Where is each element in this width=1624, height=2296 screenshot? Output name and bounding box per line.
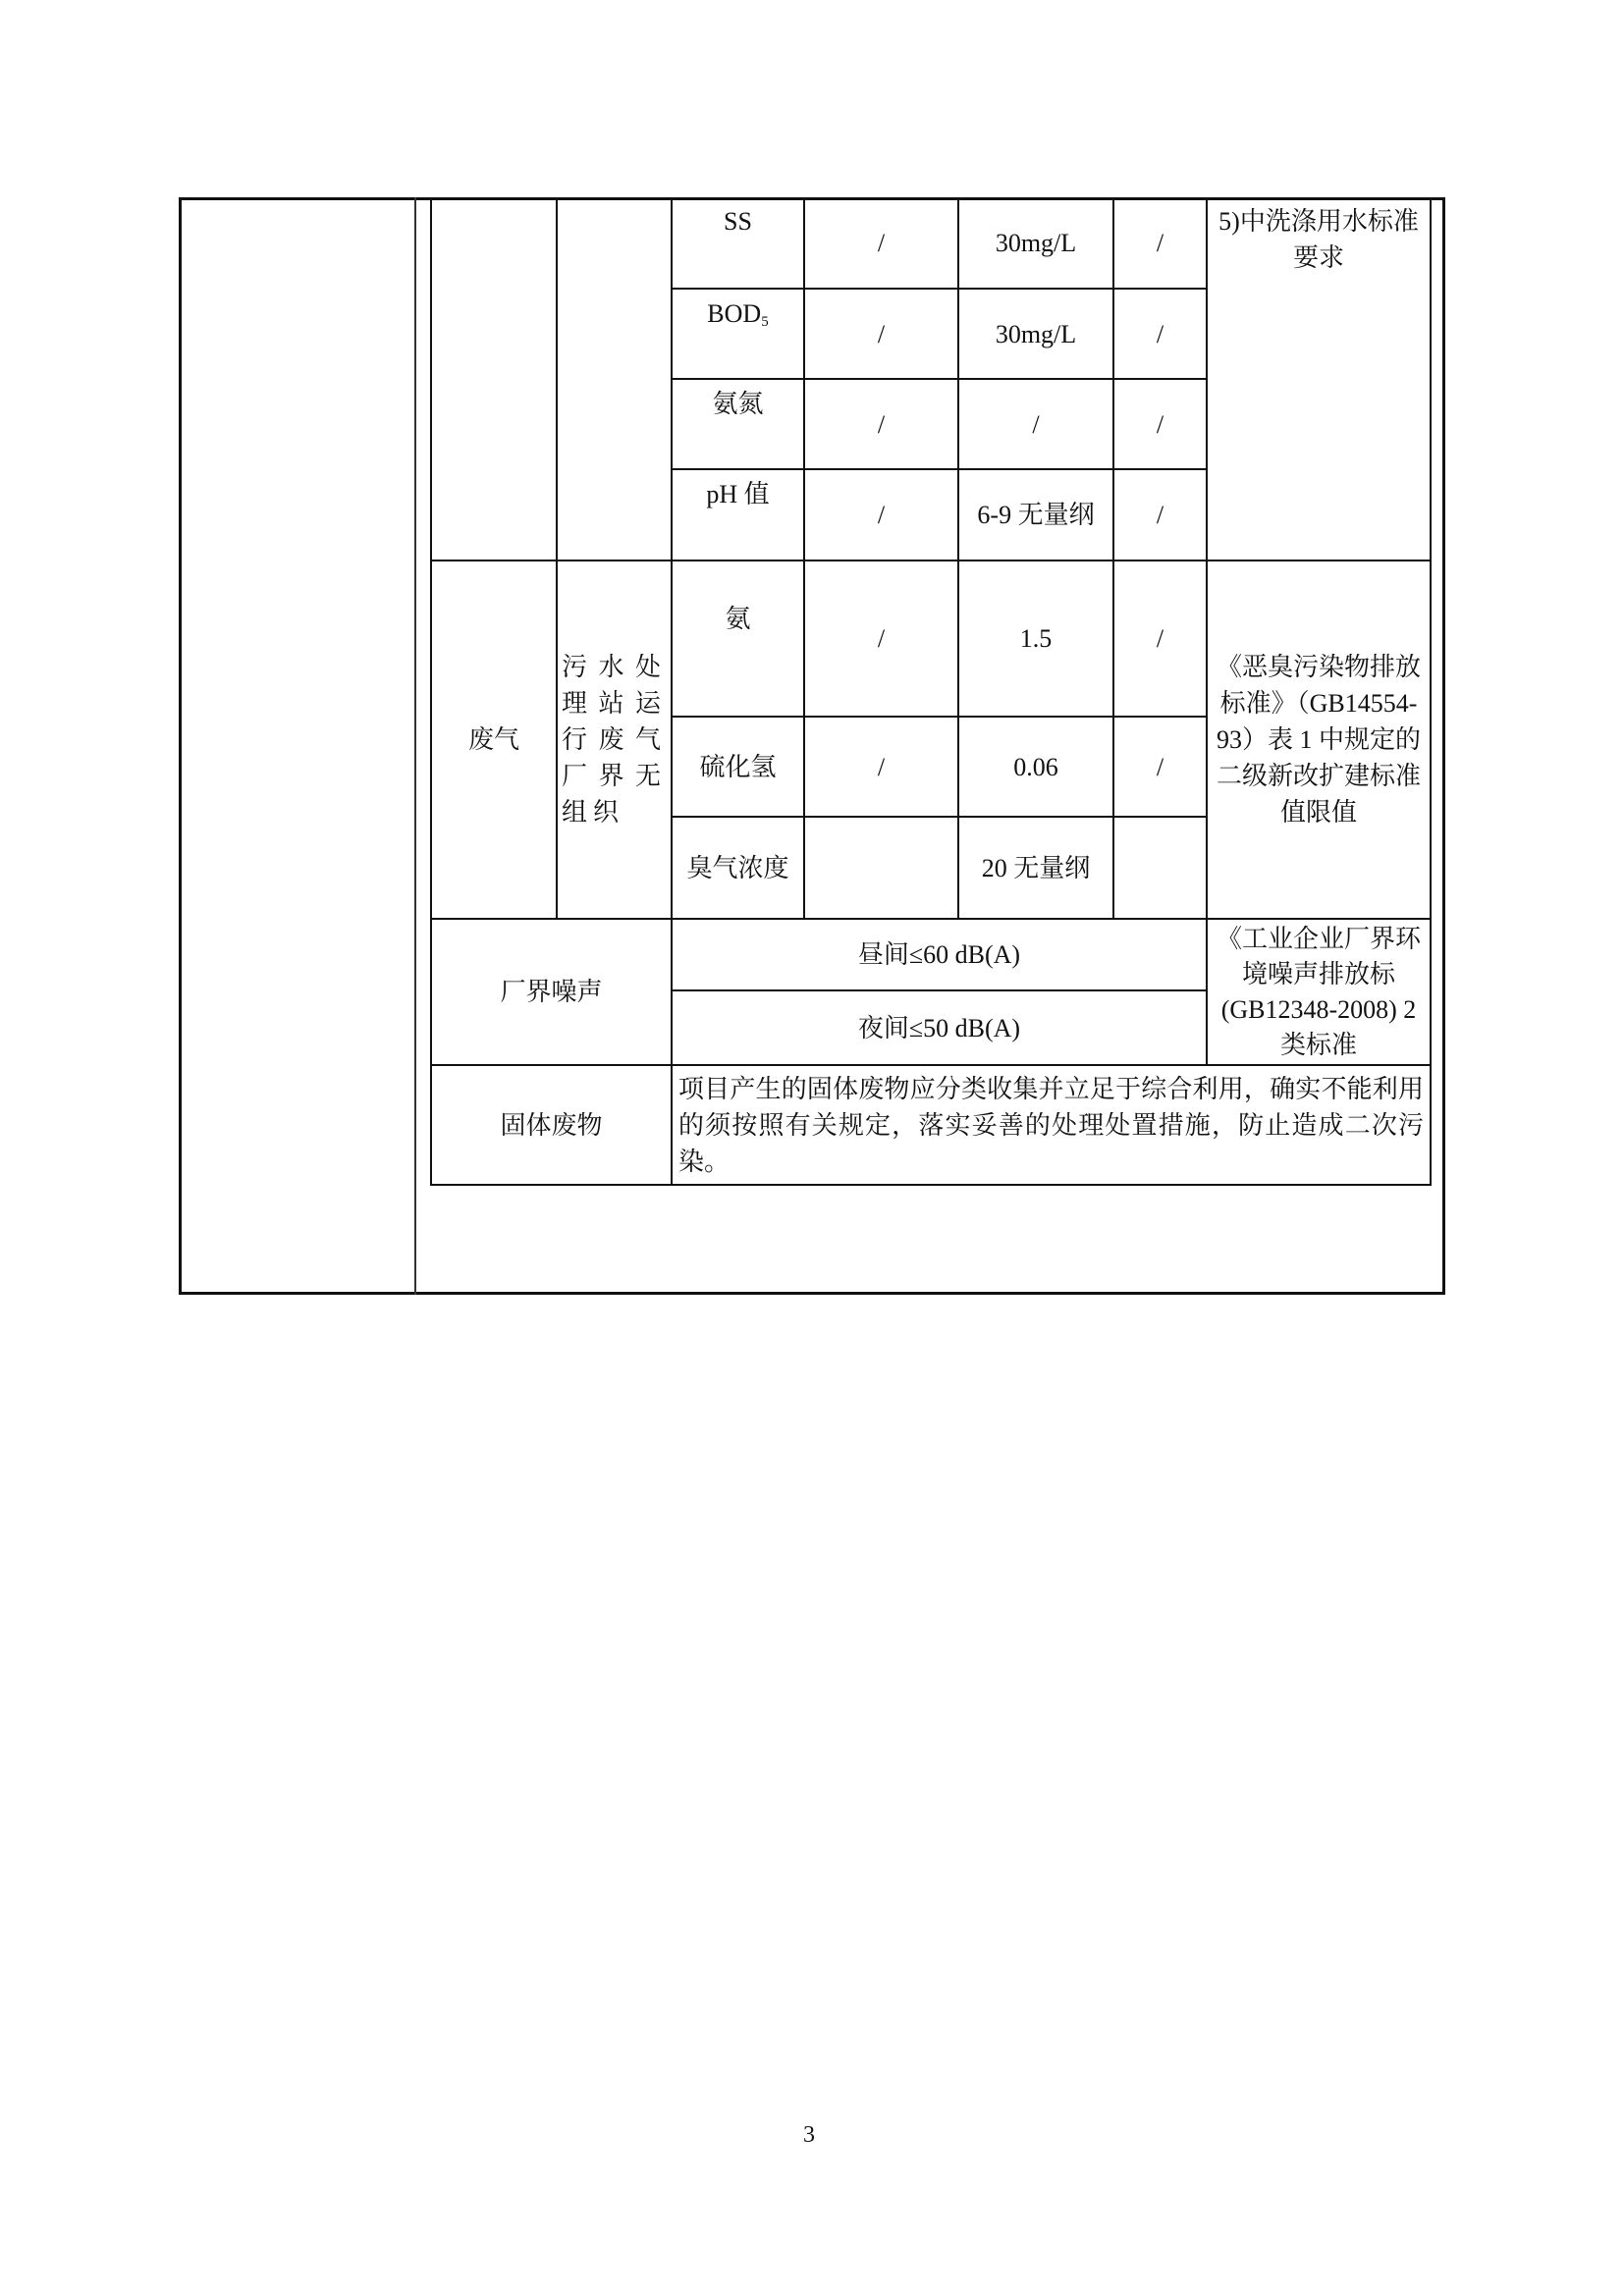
water-source-cell: [557, 197, 672, 561]
subscript: 5: [761, 314, 769, 330]
table-row: 废气 污水处理站运行废气厂界无组织 氨 / 1.5 / 《恶臭污染物排放标准》（…: [431, 561, 1431, 717]
cell-value: /: [1113, 469, 1207, 561]
cell-value: [804, 817, 958, 919]
table-row: SS / 30mg/L / 5)中洗涤用水标准要求: [431, 197, 1431, 289]
pollutant-name: BOD5: [672, 289, 804, 379]
solid-waste-category: 固体废物: [431, 1065, 672, 1185]
noise-night-limit: 夜间≤50 dB(A): [672, 990, 1207, 1065]
limit-value: 0.06: [958, 717, 1113, 817]
outer-column-divider: [414, 197, 416, 1295]
cell-value: /: [1113, 289, 1207, 379]
cell-value: /: [804, 561, 958, 717]
limit-value: /: [958, 379, 1113, 469]
noise-category: 厂界噪声: [431, 919, 672, 1065]
standard-reference: 《恶臭污染物排放标准》（GB14554-93）表 1 中规定的二级新改扩建标准值…: [1207, 561, 1431, 919]
pollutant-name: pH 值: [672, 469, 804, 561]
waste-gas-source: 污水处理站运行废气厂界无组织: [557, 561, 672, 919]
emission-standards-table: SS / 30mg/L / 5)中洗涤用水标准要求 BOD5 / 30mg/L …: [430, 197, 1432, 1186]
cell-value: /: [1113, 717, 1207, 817]
cell-value: [1113, 817, 1207, 919]
limit-value: 30mg/L: [958, 197, 1113, 289]
pollutant-name: 氨: [672, 561, 804, 717]
limit-value: 30mg/L: [958, 289, 1113, 379]
limit-value: 6-9 无量纲: [958, 469, 1113, 561]
limit-value: 20 无量纲: [958, 817, 1113, 919]
noise-day-limit: 昼间≤60 dB(A): [672, 919, 1207, 990]
cell-value: /: [1113, 197, 1207, 289]
table-row: 厂界噪声 昼间≤60 dB(A) 《工业企业厂界环境噪声排放标(GB12348-…: [431, 919, 1431, 990]
cell-value: /: [804, 717, 958, 817]
standard-reference: 《工业企业厂界环境噪声排放标(GB12348-2008) 2 类标准: [1207, 919, 1431, 1065]
cell-value: /: [804, 197, 958, 289]
pollutant-name: 臭气浓度: [672, 817, 804, 919]
waste-gas-category: 废气: [431, 561, 557, 919]
cell-value: /: [804, 289, 958, 379]
pollutant-name: SS: [672, 197, 804, 289]
pollutant-label: BOD: [707, 299, 761, 328]
pollutant-name: 氨氮: [672, 379, 804, 469]
water-category-cell: [431, 197, 557, 561]
standard-reference: 5)中洗涤用水标准要求: [1207, 197, 1431, 561]
table-row: 固体废物 项目产生的固体废物应分类收集并立足于综合利用，确实不能利用的须按照有关…: [431, 1065, 1431, 1185]
pollutant-name: 硫化氢: [672, 717, 804, 817]
solid-waste-requirement: 项目产生的固体废物应分类收集并立足于综合利用，确实不能利用的须按照有关规定，落实…: [672, 1065, 1431, 1185]
cell-value: /: [804, 379, 958, 469]
cell-value: /: [1113, 561, 1207, 717]
page-number: 3: [803, 2122, 815, 2149]
cell-value: /: [804, 469, 958, 561]
cell-value: /: [1113, 379, 1207, 469]
limit-value: 1.5: [958, 561, 1113, 717]
